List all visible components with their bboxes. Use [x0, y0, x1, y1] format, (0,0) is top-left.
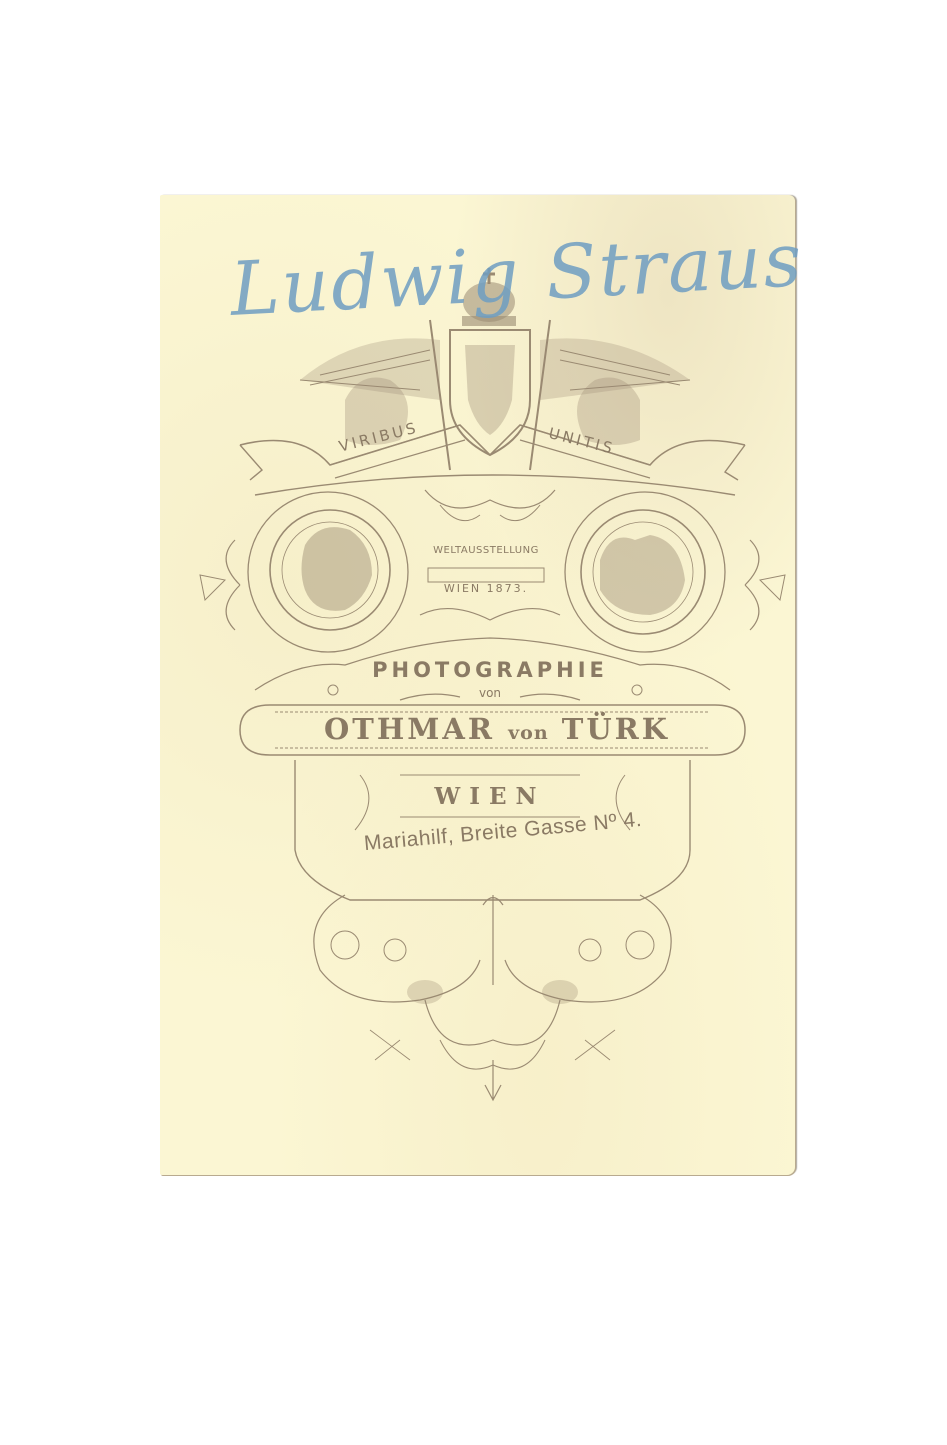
right-medal-allegory-icon [565, 492, 725, 652]
left-medal-portrait-icon [248, 492, 408, 652]
exhibition-title: WELTAUSSTELLUNG [426, 545, 546, 556]
motto-ribbon-icon [240, 425, 745, 480]
photographer-last-name: TÜRK [562, 712, 670, 746]
lower-scroll-ornament [314, 895, 671, 1100]
studio-city: WIEN [380, 783, 600, 810]
photographer-name-particle: von [508, 722, 549, 744]
photographer-first-name: OTHMAR [324, 712, 495, 746]
von-label: von [445, 686, 535, 700]
exhibition-place-year: WIEN 1873. [426, 582, 546, 595]
photographer-name: OTHMAR von TÜRK [262, 712, 732, 746]
center-plaque [428, 568, 544, 582]
coat-of-arms-shield-icon [430, 320, 550, 470]
photographie-heading: PHOTOGRAPHIE [350, 658, 630, 682]
